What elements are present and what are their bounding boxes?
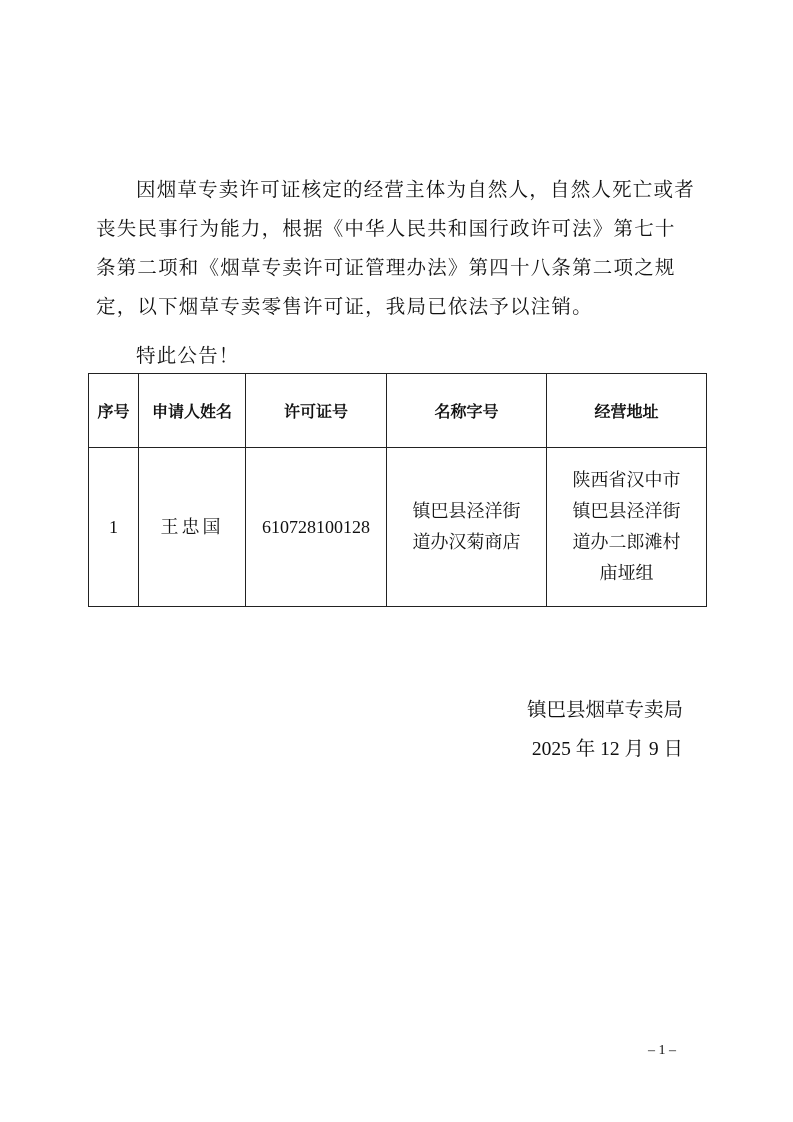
notice-body: 因烟草专卖许可证核定的经营主体为自然人，自然人死亡或者丧失民事行为能力，根据《中… xyxy=(96,170,696,326)
notice-closing: 特此公告！ xyxy=(96,336,696,375)
revoked-license-table: 序号 申请人姓名 许可证号 名称字号 经营地址 1 王忠国 6107281001… xyxy=(88,373,707,607)
header-license-no: 许可证号 xyxy=(246,374,387,448)
header-applicant: 申请人姓名 xyxy=(139,374,246,448)
business-name-text: 镇巴县泾洋街道办汉菊商店 xyxy=(407,496,527,558)
table-header-row: 序号 申请人姓名 许可证号 名称字号 经营地址 xyxy=(89,374,707,448)
cell-index: 1 xyxy=(89,448,139,607)
closing-text: 特此公告！ xyxy=(96,336,696,375)
cell-applicant: 王忠国 xyxy=(139,448,246,607)
header-index: 序号 xyxy=(89,374,139,448)
cell-license-no: 610728100128 xyxy=(246,448,387,607)
cell-business-name: 镇巴县泾洋街道办汉菊商店 xyxy=(387,448,547,607)
page-number: – 1 – xyxy=(648,1043,676,1059)
table-row: 1 王忠国 610728100128 镇巴县泾洋街道办汉菊商店 陕西省汉中市镇巴… xyxy=(89,448,707,607)
body-paragraph: 因烟草专卖许可证核定的经营主体为自然人，自然人死亡或者丧失民事行为能力，根据《中… xyxy=(96,170,696,326)
signer-name: 镇巴县烟草专卖局 xyxy=(527,694,683,722)
cell-address: 陕西省汉中市镇巴县泾洋街道办二郎滩村庙垭组 xyxy=(547,448,707,607)
header-address: 经营地址 xyxy=(547,374,707,448)
sign-date: 2025 年 12 月 9 日 xyxy=(532,733,683,761)
address-text: 陕西省汉中市镇巴县泾洋街道办二郎滩村庙垭组 xyxy=(567,465,687,589)
header-business-name: 名称字号 xyxy=(387,374,547,448)
